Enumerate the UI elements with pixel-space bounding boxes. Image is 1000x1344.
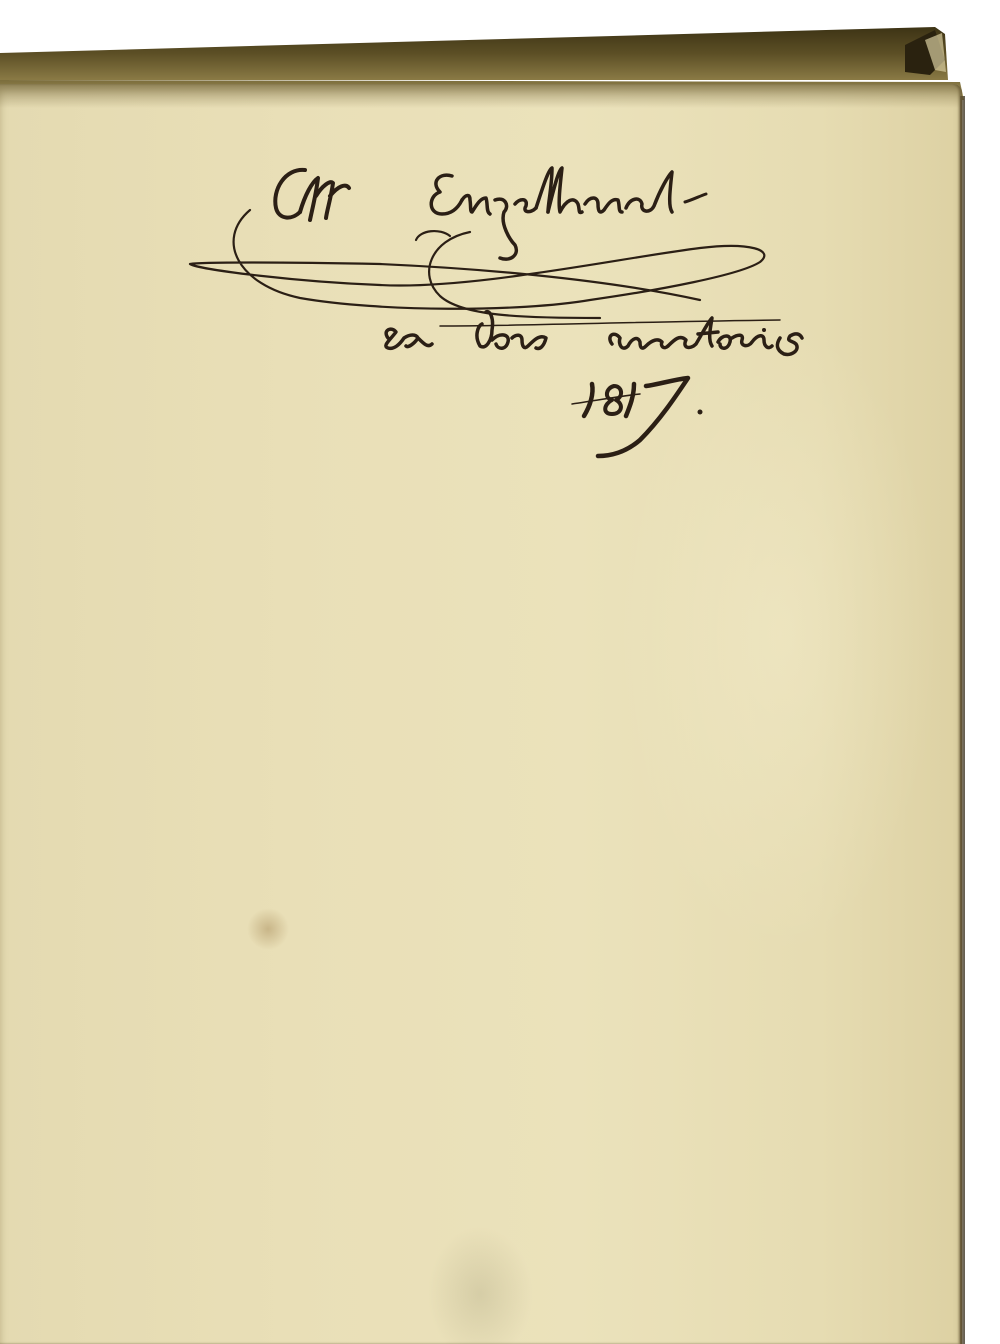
page-fore-edge bbox=[960, 96, 965, 1344]
book-photo: CM Engelhardt ex dono auctoris 1817 bbox=[0, 0, 1000, 1344]
inscription-year: 1817 bbox=[575, 378, 687, 429]
inscription-phrase: ex dono auctoris bbox=[375, 318, 660, 358]
flyleaf-page bbox=[0, 84, 962, 1344]
page-top-shadow bbox=[0, 84, 962, 108]
inscription-name: CM Engelhardt bbox=[270, 160, 660, 218]
